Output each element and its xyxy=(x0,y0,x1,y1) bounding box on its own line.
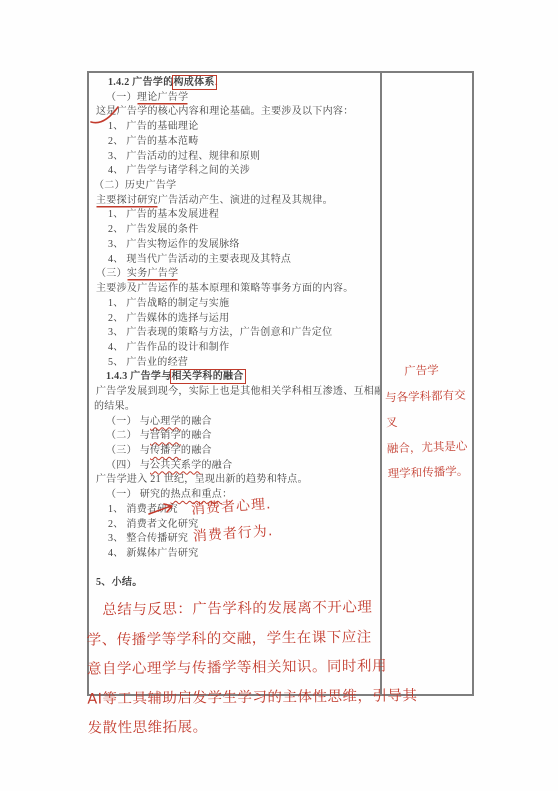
red-wavy-underline-annotation: 心理学 xyxy=(150,416,181,427)
doc-line-sec142: 1.4.2 广告学的构成体系． xyxy=(94,76,380,91)
doc-line-list3-5: 5、 广告业的经营 xyxy=(94,356,380,371)
text-segment: 的融合 xyxy=(202,460,233,471)
doc-line-fusion-3: （三） 与传播学的融合 xyxy=(94,444,380,459)
handwritten-line: 发散性思维拓展。 xyxy=(87,711,389,744)
doc-line-fusion-4: （四） 与公共关系学的融合 xyxy=(94,459,380,474)
doc-line-list3-4: 4、 广告作品的设计和制作 xyxy=(94,341,380,356)
red-underline-annotation: 实务广告学 xyxy=(127,268,179,279)
handwritten-line: 理学和传播学。 xyxy=(387,458,476,487)
red-dot-mark: ． xyxy=(215,77,225,88)
text-segment: （三） 与 xyxy=(106,445,150,456)
red-wavy-underline-annotation: 传播学 xyxy=(150,445,181,456)
doc-line-list2-3: 3、 广告实物运作的发展脉络 xyxy=(94,238,380,253)
doc-line-list1-4: 4、 广告学与诸学科之间的关涉 xyxy=(94,164,380,179)
scanned-lesson-plan-page: 1.4.2 广告学的构成体系． （一）理论广告学 这是广告学的核心内容和理论基础… xyxy=(0,0,558,791)
handwritten-summary-note: 总结与反思：广告学科的发展离不开心理 学、传播学等学科的交融，学生在课下应注 意… xyxy=(86,593,390,744)
red-underline-annotation: 主要探讨研究 xyxy=(96,195,158,206)
text-segment: 1.4.2 广告学的 xyxy=(108,77,174,88)
doc-line-list2-4: 4、 现当代广告活动的主要表现及其特点 xyxy=(94,253,380,268)
text-segment: 的融合 xyxy=(181,430,212,441)
doc-line-p2: 主要探讨研究广告活动产生、演进的过程及其规律。 xyxy=(94,194,380,209)
doc-line-fusion-2: （二） 与营销学的融合 xyxy=(94,429,380,444)
doc-line-list2-1: 1、 广告的基本发展进程 xyxy=(94,208,380,223)
doc-line-summary: 5、小结。 xyxy=(94,576,380,591)
doc-line-h2: （二）历史广告学 xyxy=(94,179,380,194)
text-segment: （一） xyxy=(106,92,137,103)
text-segment: （二） 与 xyxy=(106,430,150,441)
doc-line-p3: 主要涉及广告运作的基本原理和策略等事务方面的内容。 xyxy=(94,282,380,297)
handwritten-consumer-note: 消费者心理. 消费者行为. xyxy=(190,491,274,550)
handwritten-line: AI等工具辅助启发学生学习的主体性思维，引导其 xyxy=(87,682,389,715)
doc-line-h3: （三）实务广告学 xyxy=(94,267,380,282)
text-segment: （一） 研究的 xyxy=(106,489,171,500)
doc-line-h1: （一）理论广告学 xyxy=(94,91,380,106)
text-segment: 的融合 xyxy=(181,445,212,456)
doc-line-p1: 这是广告学的核心内容和理论基础。主要涉及以下内容： xyxy=(94,105,380,120)
doc-line-list3-3: 3、 广告表现的策略与方法，广告创意和广告定位 xyxy=(94,326,380,341)
handwritten-line: 消费者行为. xyxy=(192,518,274,551)
handwritten-line: 意自学心理学与传播学等相关知识。同时利用 xyxy=(87,652,389,685)
handwritten-line: 总结与反思：广告学科的发展离不开心理 xyxy=(86,593,388,626)
handwritten-margin-note: 广告学 与各学科都有交叉 融合，尤其是心 理学和传播学。 xyxy=(384,357,476,487)
doc-line-p4a: 广告学发展到现今，实际上也是其他相关学科相互渗透、互相融合 xyxy=(94,385,380,400)
text-segment: 1.4.3 广告学与 xyxy=(106,371,172,382)
text-segment: （三） xyxy=(96,268,127,279)
text-segment: 广告活动产生、演进的过程及其规律。 xyxy=(158,195,333,206)
text-segment: （一） 与 xyxy=(106,416,150,427)
red-underline-annotation: 理论广告学 xyxy=(137,92,189,103)
doc-line-list1-2: 2、 广告的基本范畴 xyxy=(94,135,380,150)
doc-line-p4b: 的结果。 xyxy=(94,400,380,415)
handwritten-line: 融合，尤其是心 xyxy=(386,433,475,462)
doc-line-list3-2: 2、 广告媒体的选择与运用 xyxy=(94,312,380,327)
handwritten-line: 广告学 xyxy=(384,357,473,386)
text-segment: 的融合 xyxy=(181,416,212,427)
doc-line-fusion-1: （一） 与心理学的融合 xyxy=(94,415,380,430)
doc-line-list3-1: 1、 广告战略的制定与实施 xyxy=(94,297,380,312)
red-wavy-underline-annotation: 营销学 xyxy=(150,430,181,441)
doc-line-blank xyxy=(94,562,380,577)
doc-line-list2-2: 2、 广告发展的条件 xyxy=(94,223,380,238)
red-box-annotation: 相关学科的融合 xyxy=(172,371,244,382)
handwritten-line: 学、传播学等学科的交融，学生在课下应注 xyxy=(87,623,389,656)
text-segment: （四） 与 xyxy=(106,460,150,471)
red-box-annotation: 构成体系 xyxy=(174,77,215,88)
doc-line-list4-4: 4、 新媒体广告研究 xyxy=(94,547,380,562)
handwritten-line: 与各学科都有交叉 xyxy=(385,382,475,436)
red-wavy-underline-annotation: 公共关系学 xyxy=(150,460,202,471)
doc-line-list1-1: 1、 广告的基础理论 xyxy=(94,120,380,135)
doc-line-p5: 广告学进入 21 世纪，呈现出新的趋势和特点。 xyxy=(94,473,380,488)
doc-line-list1-3: 3、 广告活动的过程、规律和原则 xyxy=(94,150,380,165)
doc-line-sec143: 1.4.3 广告学与相关学科的融合 xyxy=(94,370,380,385)
